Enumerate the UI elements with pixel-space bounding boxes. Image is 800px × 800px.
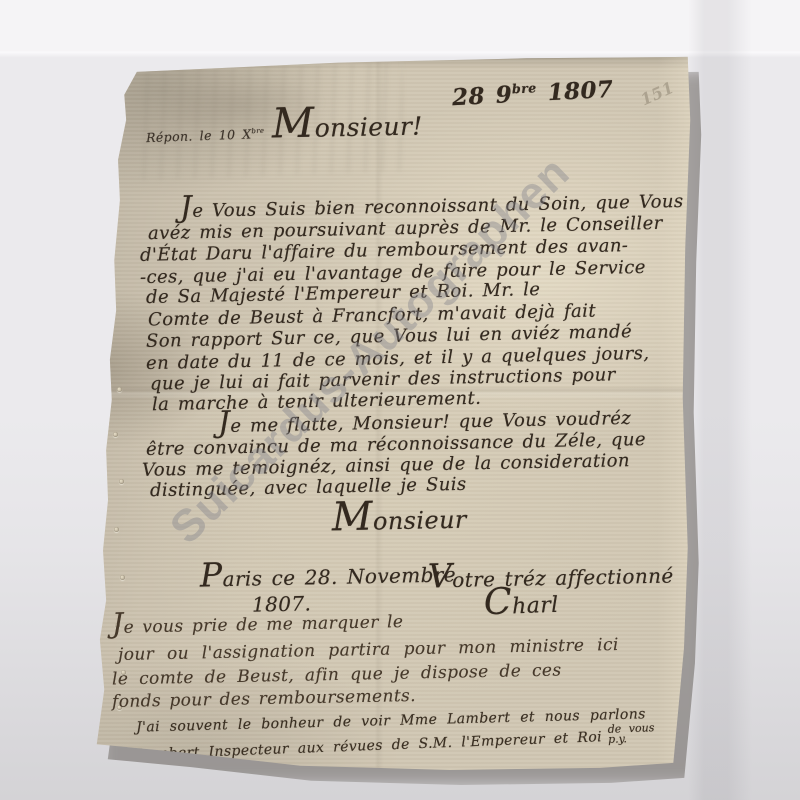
postscript-note-stack: de vousp.y. [608, 723, 655, 745]
paper-top-fold-edge [414, 53, 689, 60]
postscript-line: fonds pour des remboursements. [112, 686, 416, 712]
closing-address: Monsieur [332, 506, 467, 537]
pinholes [108, 387, 132, 717]
docket-superscript: bre [251, 127, 264, 135]
pinhole [113, 432, 118, 437]
pinhole [120, 575, 125, 580]
place-date-line: Paris ce 28. Novembre [200, 562, 456, 591]
postscript-line: Je vous prie de me marquer le [112, 612, 404, 638]
signature: Charl [484, 593, 559, 621]
salutation: Monsieur! [272, 111, 423, 143]
photo-backdrop: 28 9bre 1807 151 Répon. le 10 Xbre Monsi… [0, 0, 800, 800]
date-superscript: bre [511, 80, 537, 96]
letter-paper: 28 9bre 1807 151 Répon. le 10 Xbre Monsi… [88, 54, 714, 770]
postscript-line: le comte de Beust, afin que je dispose d… [112, 660, 562, 689]
pinhole [119, 479, 124, 484]
date-year: 1807 [536, 76, 614, 107]
valediction: Votre tréz affectionné [428, 564, 674, 593]
place-date-line: 1807. [252, 591, 312, 616]
pinhole [114, 527, 119, 532]
pencil-number: 151 [638, 78, 677, 109]
date-note: 28 9bre 1807 [451, 76, 614, 111]
date-day-month: 28 9 [451, 81, 512, 111]
pinhole [117, 387, 122, 392]
